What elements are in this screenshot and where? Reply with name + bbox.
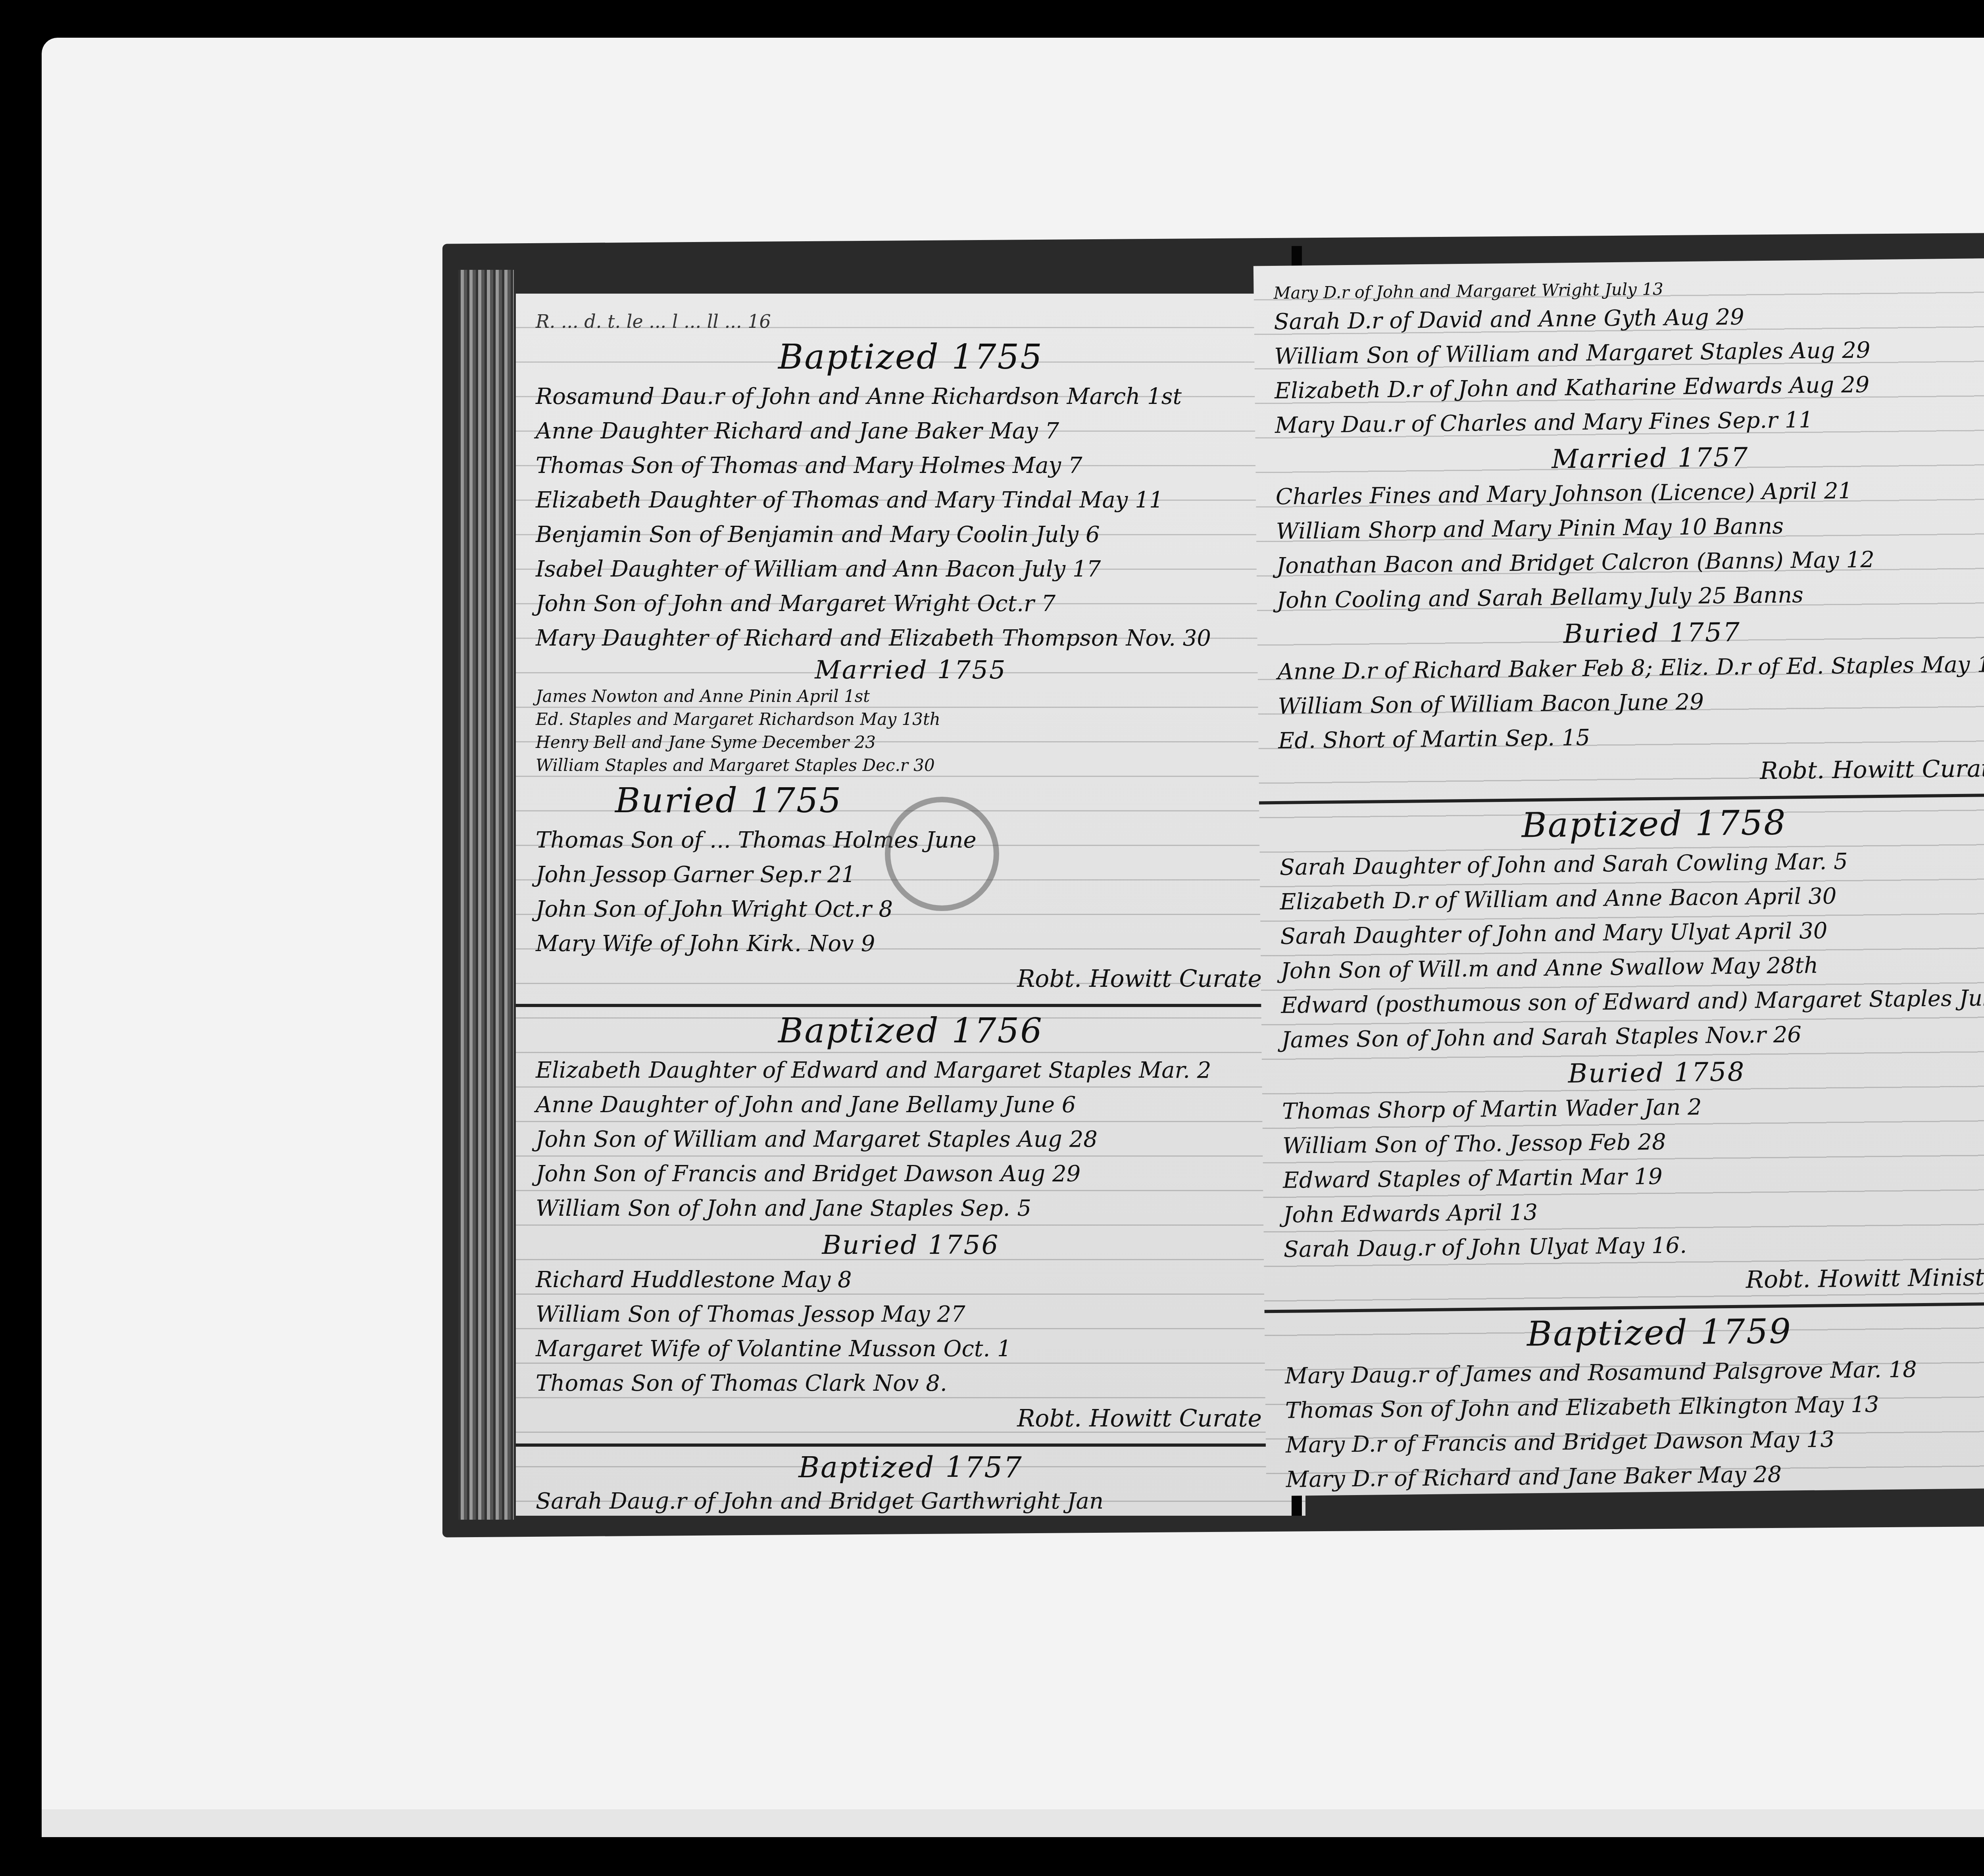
register-entry: John Son of Francis and Bridget Dawson A… xyxy=(536,1157,1286,1191)
section-baptized-1757: Baptized 1757 Sarah Daug.r of John and B… xyxy=(536,1451,1286,1516)
section-title: Buried 1756 xyxy=(536,1230,1286,1260)
section-title: Buried 1758 xyxy=(1282,1053,1984,1092)
section-buried-1758: Buried 1758 Thomas Shorp of Martin Wader… xyxy=(1282,1053,1984,1303)
register-entry: Henry Bell and Jane Syme December 23 xyxy=(536,731,1286,754)
register-entry: Mary Wife of John Kirk. Nov 9 xyxy=(536,926,1286,961)
curate-signature: Robt. Howitt Curate xyxy=(536,961,1286,997)
section-baptized-1759: Baptized 1759 Mary Daug.r of James and R… xyxy=(1284,1309,1984,1496)
register-entry: William Son of Thomas Jessop May 27 xyxy=(536,1297,1286,1332)
section-divider xyxy=(516,1444,1305,1447)
page-edges-left xyxy=(458,270,514,1520)
register-entry: James Son of John and Sarah Staples Nov.… xyxy=(1281,1015,1984,1057)
register-entry: John Son of William and Margaret Staples… xyxy=(536,1122,1286,1157)
register-entry: Thomas Son of Thomas and Mary Holmes May… xyxy=(536,448,1286,483)
section-baptized-1756: Baptized 1756 Elizabeth Daughter of Edwa… xyxy=(536,1011,1286,1226)
section-title: Married 1757 xyxy=(1275,439,1984,477)
register-entry: Rosamund Dau.r of John and Anne Richards… xyxy=(536,379,1286,414)
register-entry: Mary Daughter of Richard and Elizabeth T… xyxy=(536,621,1286,655)
register-entry: John Cooling and Sarah Bellamy July 25 B… xyxy=(1277,575,1984,618)
register-entry: Elizabeth Daughter of Thomas and Mary Ti… xyxy=(536,483,1286,517)
section-buried-1755: Buried 1755 Thomas Son of ... Thomas Hol… xyxy=(536,781,1286,997)
section-title: Married 1755 xyxy=(536,655,1286,685)
section-title: Baptized 1756 xyxy=(536,1011,1286,1051)
register-entry: Elizabeth Daughter of Edward and Margare… xyxy=(536,1053,1286,1088)
register-entry: Anne Daughter of John and Jane Bellamy J… xyxy=(536,1088,1286,1122)
ink-ring-stain xyxy=(885,797,999,911)
section-buried-1756: Buried 1756 Richard Huddlestone May 8 Wi… xyxy=(536,1230,1286,1436)
register-entry: Ed. Staples and Margaret Richardson May … xyxy=(536,708,1286,731)
register-entry: Richard Huddlestone May 8 xyxy=(536,1263,1286,1297)
section-title: Buried 1757 xyxy=(1277,614,1984,652)
open-register-book: R. ... d. t. le ... l ... ll ... 16 Bapt… xyxy=(442,238,1984,1532)
register-entry: William Son of John and Jane Staples Sep… xyxy=(536,1191,1286,1226)
section-baptized-1758: Baptized 1758 Sarah Daughter of John and… xyxy=(1279,800,1984,1057)
register-entry: Edward (posthumous son of Edward and) Ma… xyxy=(1281,980,1984,1023)
register-entry: Margaret Wife of Volantine Musson Oct. 1 xyxy=(536,1332,1286,1366)
scan-bottom-strip xyxy=(42,1809,1984,1837)
section-married-1755: Married 1755 James Nowton and Anne Pinin… xyxy=(536,655,1286,777)
register-entry: Isabel Daughter of William and Ann Bacon… xyxy=(536,552,1286,586)
register-entry: Thomas Son of Thomas Clark Nov 8. xyxy=(536,1366,1286,1401)
right-page: Mary D.r of John and Margaret Wright Jul… xyxy=(1253,258,1984,1496)
register-entry: Mary Daug.r of James and Rosamund Palsgr… xyxy=(1285,1351,1984,1394)
register-entry: Anne D.r of Richard Baker Feb 8; Eliz. D… xyxy=(1277,647,1984,689)
register-entry: Sarah Daug.r of John and Bridget Garthwr… xyxy=(536,1484,1286,1516)
register-entry: James Nowton and Anne Pinin April 1st xyxy=(536,685,1286,708)
section-baptized-1755: Baptized 1755 Rosamund Dau.r of John and… xyxy=(536,337,1286,655)
curate-signature: Robt. Howitt Curate xyxy=(536,1401,1286,1436)
section-divider xyxy=(516,1004,1305,1007)
continued-baptisms-1757: Sarah D.r of David and Anne Gyth Aug 29 … xyxy=(1274,297,1984,443)
section-title: Baptized 1759 xyxy=(1284,1309,1984,1357)
section-married-1757: Married 1757 Charles Fines and Mary John… xyxy=(1275,439,1984,618)
section-title: Baptized 1758 xyxy=(1279,800,1984,848)
register-entry: Anne Daughter Richard and Jane Baker May… xyxy=(536,414,1286,448)
register-entry: Benjamin Son of Benjamin and Mary Coolin… xyxy=(536,517,1286,552)
section-buried-1757: Buried 1757 Anne D.r of Richard Baker Fe… xyxy=(1277,614,1984,794)
register-entry: Mary Dau.r of Charles and Mary Fines Sep… xyxy=(1275,400,1984,443)
left-header-scrawl: R. ... d. t. le ... l ... ll ... 16 xyxy=(536,309,1286,333)
section-title: Baptized 1755 xyxy=(536,337,1286,377)
left-page: R. ... d. t. le ... l ... ll ... 16 Bapt… xyxy=(516,294,1305,1516)
register-entry: William Staples and Margaret Staples Dec… xyxy=(536,754,1286,777)
section-title: Baptized 1757 xyxy=(536,1451,1286,1484)
register-entry: John Son of John and Margaret Wright Oct… xyxy=(536,586,1286,621)
